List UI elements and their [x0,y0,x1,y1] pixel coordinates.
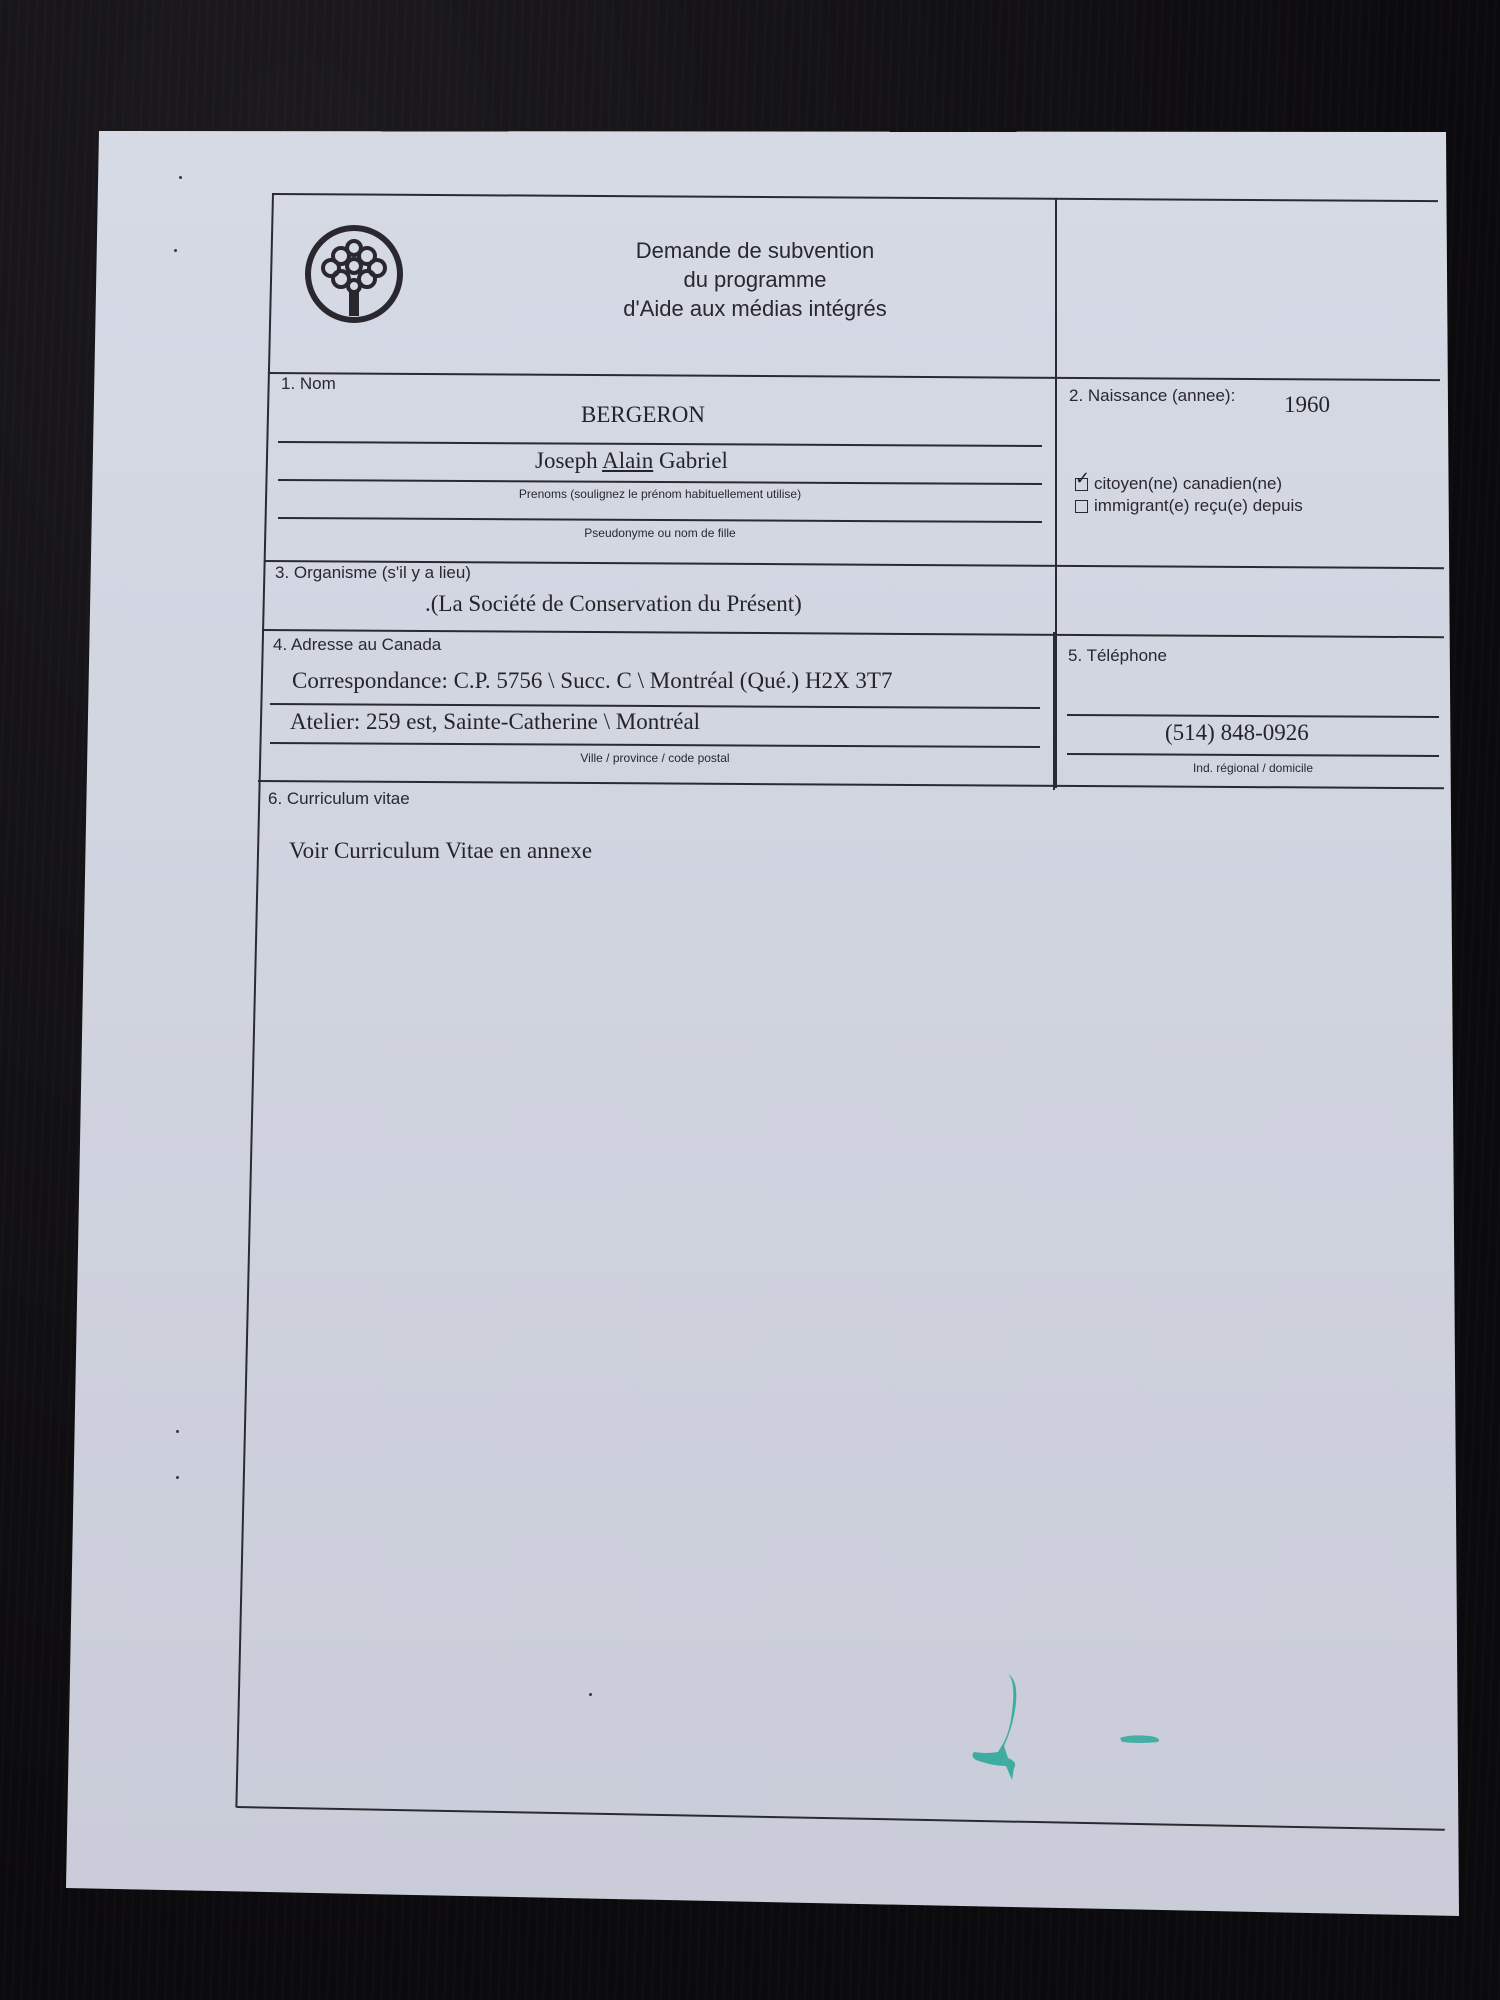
header-bottom-line [268,372,1440,381]
paper-speck [176,1476,179,1479]
given-name-first: Joseph [535,448,602,473]
cv-label: 6. Curriculum vitae [268,789,410,809]
cv-top-line [258,780,1444,789]
address-caption: Ville / province / code postal [270,751,1040,765]
given-name-last: Gabriel [653,448,728,473]
marker-ink-dash [1118,1732,1163,1746]
form-title: Demande de subvention du programme d'Aid… [540,236,970,323]
citizen-checkbox[interactable]: ✓ citoyen(ne) canadien(ne) [1075,474,1282,494]
telephone-area-rule [1067,714,1439,717]
paper-speck [589,1693,592,1696]
immigrant-option-label: immigrant(e) reçu(e) depuis [1094,496,1303,516]
pseudonym-caption: Pseudonyme ou nom de fille [278,526,1042,540]
organisme-field[interactable]: .(La Société de Conservation du Présent) [425,591,802,617]
birth-year-field[interactable]: 1960 [1284,392,1330,418]
paper-speck [174,249,177,252]
address-line-1-rule [270,703,1040,709]
citizen-option-label: citoyen(ne) canadien(ne) [1094,474,1282,494]
cv-field[interactable]: Voir Curriculum Vitae en annexe [289,838,592,864]
form-paper: Demande de subvention du programme d'Aid… [0,0,1500,2000]
given-names-field[interactable]: Joseph Alain Gabriel [535,448,728,474]
telephone-caption: Ind. régional / domicile [1067,761,1439,775]
telephone-rule [1067,753,1439,756]
marker-ink-mark [968,1672,1028,1782]
title-line-3: d'Aide aux médias intégrés [540,294,970,323]
tree-emblem-icon [303,224,405,324]
given-name-preferred: Alain [602,448,653,473]
pseudonym-line [278,517,1042,523]
title-line-2: du programme [540,265,970,294]
frame-bottom [237,1806,1445,1831]
address-line-2-field[interactable]: Atelier: 259 est, Sainte-Catherine \ Mon… [290,709,700,735]
title-line-1: Demande de subvention [540,236,970,265]
given-names-line [278,479,1042,485]
checkbox-checked-icon: ✓ [1075,478,1088,491]
checkbox-unchecked-icon [1075,500,1088,513]
surname-field[interactable]: BERGERON [581,402,705,428]
naissance-label: 2. Naissance (annee): [1069,386,1235,406]
telephone-divider [1053,632,1055,790]
address-line-1-field[interactable]: Correspondance: C.P. 5756 \ Succ. C \ Mo… [292,668,892,694]
telephone-field[interactable]: (514) 848-0926 [1165,720,1309,746]
checkmark-icon: ✓ [1075,470,1090,488]
immigrant-checkbox[interactable]: immigrant(e) reçu(e) depuis [1075,496,1303,516]
organisme-label: 3. Organisme (s'il y a lieu) [275,563,471,583]
nom-label: 1. Nom [281,374,336,394]
frame-top [273,193,1438,202]
adresse-label: 4. Adresse au Canada [273,635,441,655]
address-line-2-rule [270,742,1040,748]
surname-line [278,441,1042,447]
given-names-caption: Prenoms (soulignez le prénom habituellem… [278,487,1042,501]
telephone-label: 5. Téléphone [1068,646,1167,666]
frame-left [235,193,274,1808]
header-divider [1055,198,1057,788]
paper-speck [179,176,182,179]
paper-speck [176,1430,179,1433]
